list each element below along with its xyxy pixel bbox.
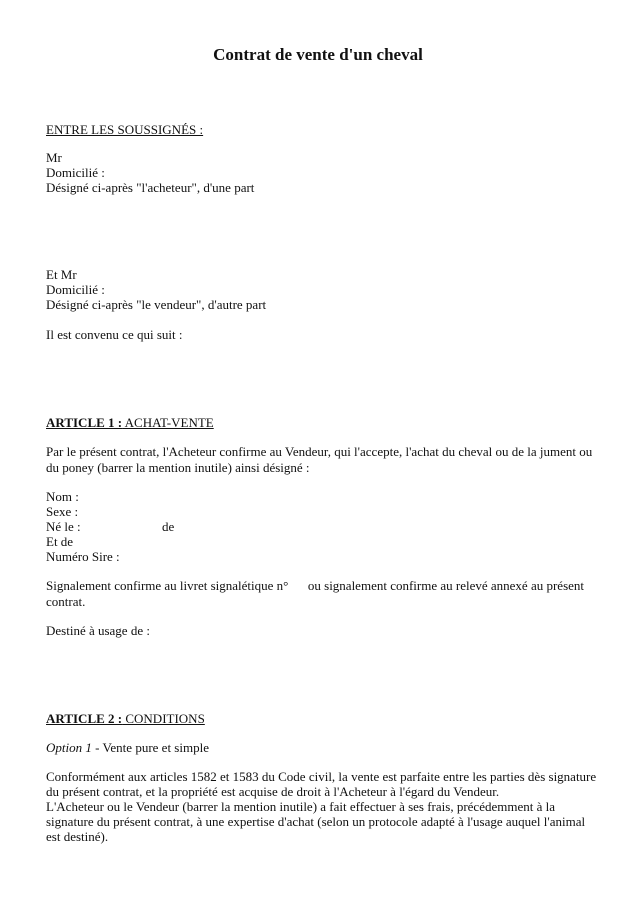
option1-text: - Vente pure et simple xyxy=(92,740,209,755)
option1: Option 1 - Vente pure et simple xyxy=(46,740,209,755)
field-nom: Nom : xyxy=(46,489,79,504)
agreed-text: Il est convenu ce qui suit : xyxy=(46,327,182,342)
article1-heading: ARTICLE 1 : ACHAT-VENTE xyxy=(46,415,214,430)
document-title: Contrat de vente d'un cheval xyxy=(0,45,636,65)
seller-mr: Et Mr xyxy=(46,267,77,282)
article2-title: CONDITIONS xyxy=(122,711,205,726)
article2-line: du présent contrat, et la propriété est … xyxy=(46,784,499,799)
buyer-mr: Mr xyxy=(46,150,62,165)
signalement-line2: contrat. xyxy=(46,594,85,609)
article1-intro-line1: Par le présent contrat, l'Acheteur confi… xyxy=(46,444,592,459)
field-et-de: Et de xyxy=(46,534,73,549)
article2-line: Conformément aux articles 1582 et 1583 d… xyxy=(46,769,596,784)
usage-text: Destiné à usage de : xyxy=(46,623,150,638)
seller-designation: Désigné ci-après "le vendeur", d'autre p… xyxy=(46,297,266,312)
parties-heading: ENTRE LES SOUSSIGNÉS : xyxy=(46,122,203,137)
field-de: de xyxy=(162,519,174,534)
article2-heading: ARTICLE 2 : CONDITIONS xyxy=(46,711,205,726)
buyer-domicile: Domicilié : xyxy=(46,165,105,180)
field-sire: Numéro Sire : xyxy=(46,549,120,564)
article2-line: signature du présent contrat, à une expe… xyxy=(46,814,585,829)
signalement-line1: Signalement confirme au livret signaléti… xyxy=(46,578,584,593)
article1-intro-line2: du poney (barrer la mention inutile) ain… xyxy=(46,460,310,475)
field-ne-le: Né le : xyxy=(46,519,81,534)
buyer-designation: Désigné ci-après "l'acheteur", d'une par… xyxy=(46,180,254,195)
article1-title: ACHAT-VENTE xyxy=(122,415,214,430)
option1-label: Option 1 xyxy=(46,740,92,755)
article2-line: est destiné). xyxy=(46,829,108,844)
article2-line: L'Acheteur ou le Vendeur (barrer la ment… xyxy=(46,799,555,814)
field-sexe: Sexe : xyxy=(46,504,78,519)
article1-label: ARTICLE 1 : xyxy=(46,415,122,430)
article2-label: ARTICLE 2 : xyxy=(46,711,122,726)
seller-domicile: Domicilié : xyxy=(46,282,105,297)
